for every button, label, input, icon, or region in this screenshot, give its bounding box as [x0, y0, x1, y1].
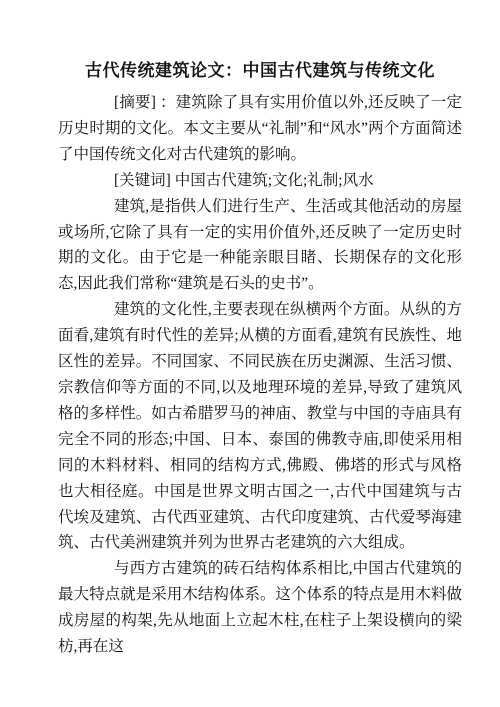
- body-paragraph-2: 建筑的文化性,主要表现在纵横两个方面。从纵的方面看,建筑有时代性的差异;从横的方…: [58, 297, 462, 556]
- document-page: 古代传统建筑论文：中国古代建筑与传统文化 [摘要] ：建筑除了具有实用价值以外,…: [0, 0, 500, 707]
- document-title: 古代传统建筑论文：中国古代建筑与传统文化: [58, 60, 462, 81]
- document-content: 古代传统建筑论文：中国古代建筑与传统文化 [摘要] ：建筑除了具有实用价值以外,…: [58, 60, 462, 660]
- keywords-line: [关键词] 中国古代建筑;文化;礼制;风水: [58, 168, 462, 194]
- body-paragraph-1: 建筑,是指供人们进行生产、生活或其他活动的房屋或场所,它除了具有一定的实用价值外…: [58, 194, 462, 298]
- body-paragraph-3: 与西方古建筑的砖石结构体系相比,中国古代建筑的最大特点就是采用木结构体系。这个体…: [58, 556, 462, 660]
- abstract-paragraph: [摘要] ：建筑除了具有实用价值以外,还反映了一定历史时期的文化。本文主要从“礼…: [58, 90, 462, 168]
